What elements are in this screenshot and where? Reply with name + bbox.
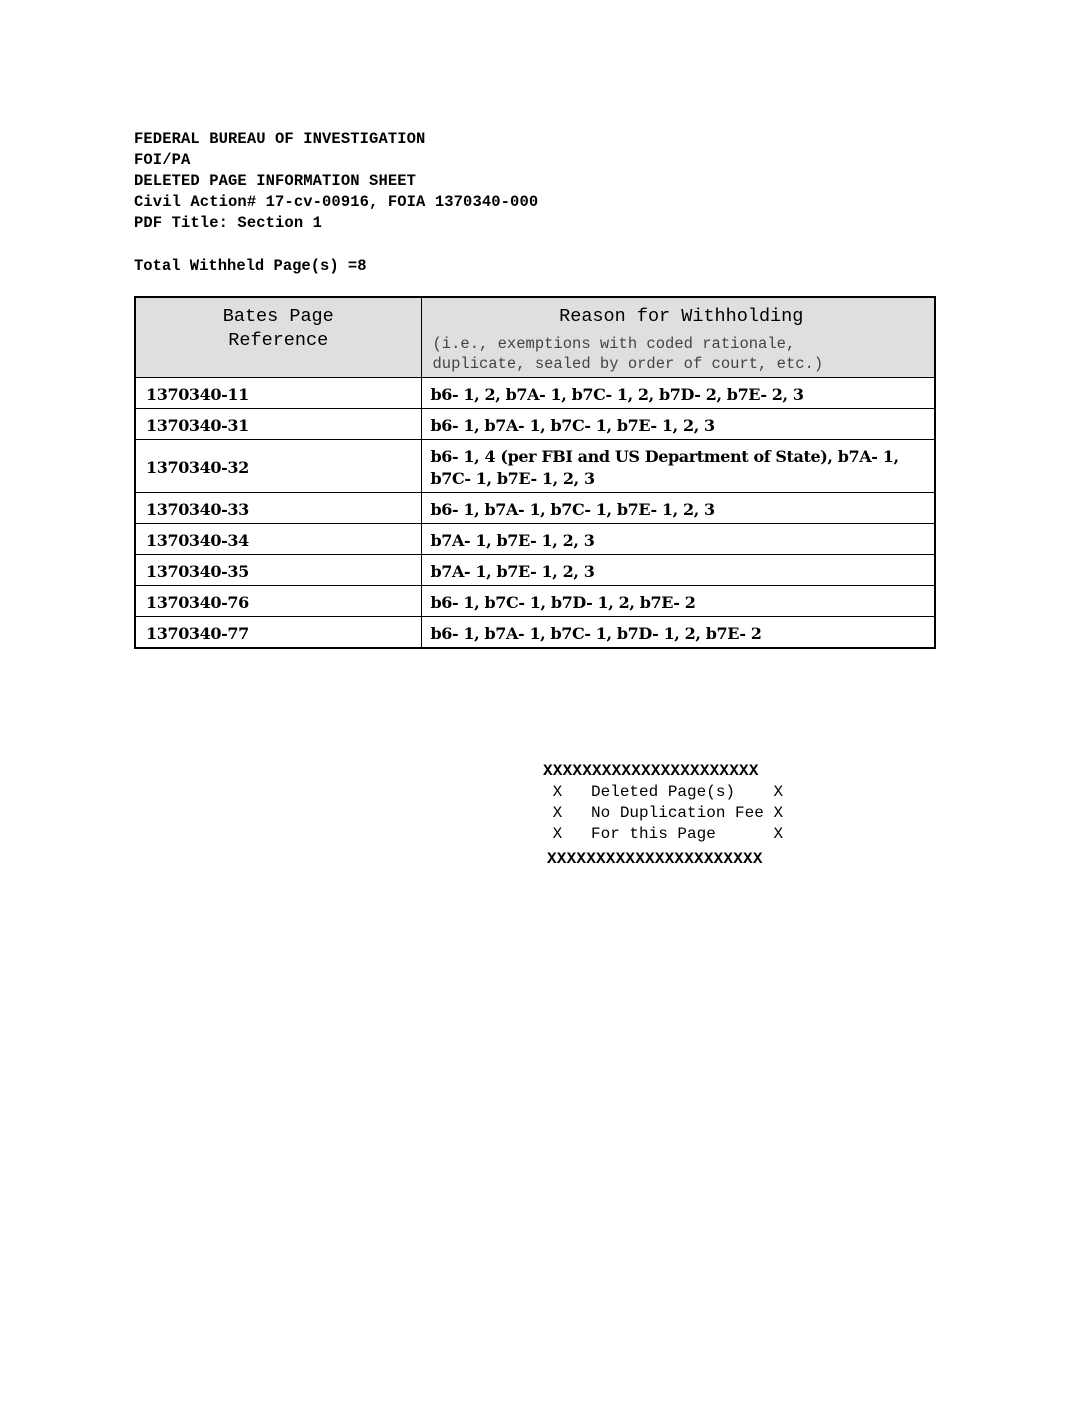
bates-cell: 1370340-11: [135, 377, 421, 408]
reason-cell: b6- 1, b7A- 1, b7C- 1, b7D- 1, 2, b7E- 2: [421, 616, 935, 648]
table-row: 1370340-76 b6- 1, b7C- 1, b7D- 1, 2, b7E…: [135, 585, 935, 616]
sheet-header: FEDERAL BUREAU OF INVESTIGATION FOI/PA D…: [134, 129, 538, 234]
table-row: 1370340-35 b7A- 1, b7E- 1, 2, 3: [135, 554, 935, 585]
total-withheld-pages: Total Withheld Page(s) =8: [134, 256, 367, 277]
table-row: 1370340-34 b7A- 1, b7E- 1, 2, 3: [135, 523, 935, 554]
table-body: 1370340-11 b6- 1, 2, b7A- 1, b7C- 1, 2, …: [135, 377, 935, 648]
withheld-pages-table: Bates Page Reference Reason for Withhold…: [134, 296, 936, 649]
table-row: 1370340-32 b6- 1, 4 (per FBI and US Depa…: [135, 439, 935, 492]
bates-cell: 1370340-35: [135, 554, 421, 585]
bates-cell: 1370340-33: [135, 492, 421, 523]
agency-name: FEDERAL BUREAU OF INVESTIGATION: [134, 129, 538, 150]
reason-cell: b7A- 1, b7E- 1, 2, 3: [421, 554, 935, 585]
stamp-line-deleted: X Deleted Page(s) X: [543, 782, 783, 803]
deleted-page-stamp: XXXXXXXXXXXXXXXXXXXXXX X Deleted Page(s)…: [543, 761, 783, 870]
stamp-border-top: XXXXXXXXXXXXXXXXXXXXXX: [543, 761, 783, 782]
reason-header-subtitle: (i.e., exemptions with coded rationale, …: [433, 334, 931, 374]
table-row: 1370340-11 b6- 1, 2, b7A- 1, b7C- 1, 2, …: [135, 377, 935, 408]
reason-cell: b6- 1, b7C- 1, b7D- 1, 2, b7E- 2: [421, 585, 935, 616]
pdf-title-line: PDF Title: Section 1: [134, 213, 538, 234]
bates-cell: 1370340-34: [135, 523, 421, 554]
reason-cell: b6- 1, 4 (per FBI and US Department of S…: [421, 439, 935, 492]
reason-cell: b7A- 1, b7E- 1, 2, 3: [421, 523, 935, 554]
reason-cell: b6- 1, b7A- 1, b7C- 1, b7E- 1, 2, 3: [421, 492, 935, 523]
sheet-title: DELETED PAGE INFORMATION SHEET: [134, 171, 538, 192]
office-name: FOI/PA: [134, 150, 538, 171]
bates-cell: 1370340-77: [135, 616, 421, 648]
civil-action-line: Civil Action# 17-cv-00916, FOIA 1370340-…: [134, 192, 538, 213]
bates-cell: 1370340-31: [135, 408, 421, 439]
bates-header-label: Bates Page Reference: [140, 305, 417, 353]
table-row: 1370340-77 b6- 1, b7A- 1, b7C- 1, b7D- 1…: [135, 616, 935, 648]
stamp-border-bottom: XXXXXXXXXXXXXXXXXXXXXX: [547, 849, 783, 870]
table-row: 1370340-31 b6- 1, b7A- 1, b7C- 1, b7E- 1…: [135, 408, 935, 439]
stamp-line-no-fee: X No Duplication Fee X: [543, 803, 783, 824]
column-header-reason: Reason for Withholding (i.e., exemptions…: [421, 297, 935, 377]
table-header-row: Bates Page Reference Reason for Withhold…: [135, 297, 935, 377]
reason-header-title: Reason for Withholding: [433, 305, 931, 329]
bates-cell: 1370340-32: [135, 439, 421, 492]
reason-cell: b6- 1, 2, b7A- 1, b7C- 1, 2, b7D- 2, b7E…: [421, 377, 935, 408]
deleted-page-information-sheet: FEDERAL BUREAU OF INVESTIGATION FOI/PA D…: [0, 0, 1088, 1408]
column-header-bates: Bates Page Reference: [135, 297, 421, 377]
table-row: 1370340-33 b6- 1, b7A- 1, b7C- 1, b7E- 1…: [135, 492, 935, 523]
bates-cell: 1370340-76: [135, 585, 421, 616]
reason-cell: b6- 1, b7A- 1, b7C- 1, b7E- 1, 2, 3: [421, 408, 935, 439]
stamp-line-this-page: X For this Page X: [543, 824, 783, 845]
